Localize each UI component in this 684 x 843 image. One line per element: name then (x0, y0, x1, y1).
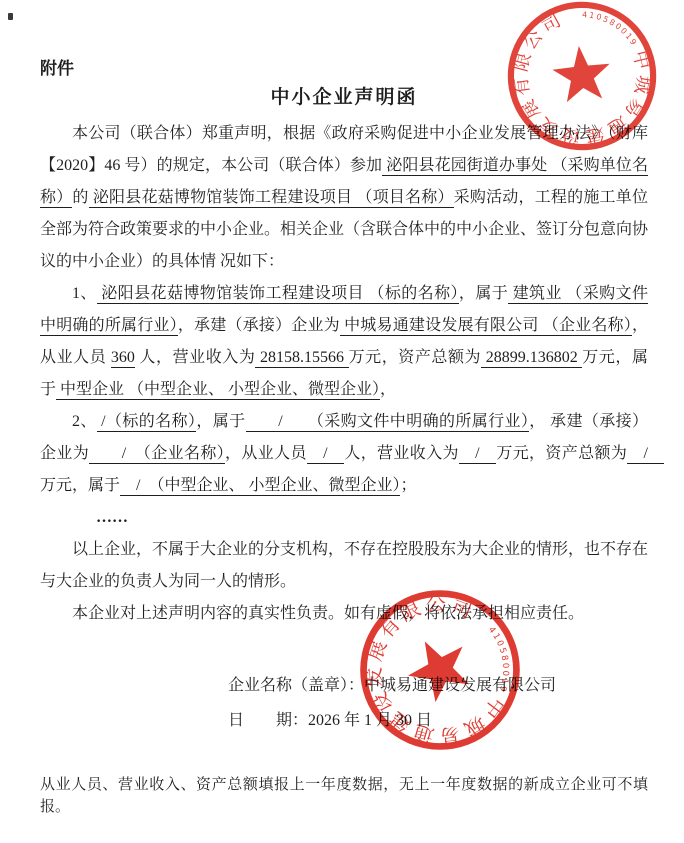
underline-employee-blank: / (307, 445, 345, 464)
underline-enterprise-type: 中型企业 （中型企业、 小型企业、微型企业） (56, 381, 380, 400)
text-run: ，属于 (196, 413, 245, 430)
text-run: ； (400, 477, 416, 494)
signature-company-name: 中城易通建设发展有限公司 (364, 677, 556, 694)
document-content: 附件 中小企业声明函 本公司（联合体）郑重声明，根据《政府采购促进中小企业发展管… (40, 56, 648, 833)
item-number: 1、 (72, 285, 97, 302)
text-run: 万元，资产总额为 (496, 445, 627, 462)
text-run: ，承建（承接）企业为 (178, 317, 340, 334)
underline-total-assets: 28899.136802 (481, 349, 582, 368)
underline-type-blank: / （中型企业、 小型企业、微型企业） (120, 477, 400, 496)
paragraph-no-affiliation: 以上企业，不属于大企业的分支机构，不存在控股股东为大企业的情形，也不存在与大企业… (40, 534, 648, 598)
paragraph-item2: 2、 /（标的名称），属于 / （采购文件中明确的所属行业）， 承建（承接）企业… (40, 406, 648, 502)
date-label: 日 期： (228, 712, 308, 729)
signature-company-line: 企业名称（盖章）：中城易通建设发展有限公司 (228, 668, 648, 703)
underline-revenue: 28158.15566 (255, 349, 348, 368)
company-seal-label: 企业名称（盖章）： (228, 677, 364, 694)
scan-artifact (8, 13, 13, 20)
signature-block: 企业名称（盖章）：中城易通建设发展有限公司 日 期：2026 年 1 月 30 … (228, 668, 648, 738)
text-run: ，从业人员 (225, 445, 307, 462)
paragraph-responsibility: 本企业对上述声明内容的真实性负责。如有虚假，将依法承担相应责任。 (40, 598, 648, 630)
underline-company-name: 中城易通建设发展有限公司 （企业名称） (340, 317, 632, 336)
underline-employee-count: 360 (111, 349, 135, 368)
item-number: 2、 (72, 413, 97, 430)
text-run: 的 (72, 189, 88, 206)
paragraph-item1: 1、 泌阳县花菇博物馆装饰工程建设项目 （标的名称），属于 建筑业 （采购文件中… (40, 278, 648, 406)
footnote: 从业人员、营业收入、资产总额填报上一年度数据，无上一年度数据的新成立企业可不填报… (40, 774, 648, 818)
text-run: ， (380, 381, 396, 398)
text-run: 万元，资产总额为 (349, 349, 482, 366)
document-page: 附件 中小企业声明函 本公司（联合体）郑重声明，根据《政府采购促进中小企业发展管… (0, 0, 684, 843)
text-run: 人，营业收入为 (135, 349, 256, 366)
paragraph-intro: 本公司（联合体）郑重声明，根据《政府采购促进中小企业发展管理办法》（财库【202… (40, 118, 648, 278)
underline-project-name: 泌阳县花菇博物馆装饰工程建设项目 （项目名称） (89, 189, 454, 208)
underline-assets-blank: / (627, 445, 664, 464)
ellipsis-line: …… (40, 502, 648, 534)
attachment-label: 附件 (40, 56, 648, 82)
underline-subject-blank: /（标的名称） (97, 413, 197, 432)
signature-date-line: 日 期：2026 年 1 月 30 日 (228, 703, 648, 738)
underline-revenue-blank: / (459, 445, 497, 464)
underline-industry-blank: / （采购文件中明确的所属行业） (246, 413, 530, 432)
text-run: 万元，属于 (40, 477, 120, 494)
page-title: 中小企业声明函 (40, 84, 648, 112)
underline-subject-name: 泌阳县花菇博物馆装饰工程建设项目 （标的名称） (97, 285, 459, 304)
underline-company-blank: / （企业名称） (89, 445, 225, 464)
date-value: 2026 年 1 月 30 日 (308, 712, 432, 729)
text-run: 人，营业收入为 (344, 445, 458, 462)
text-run: ，属于 (459, 285, 508, 302)
